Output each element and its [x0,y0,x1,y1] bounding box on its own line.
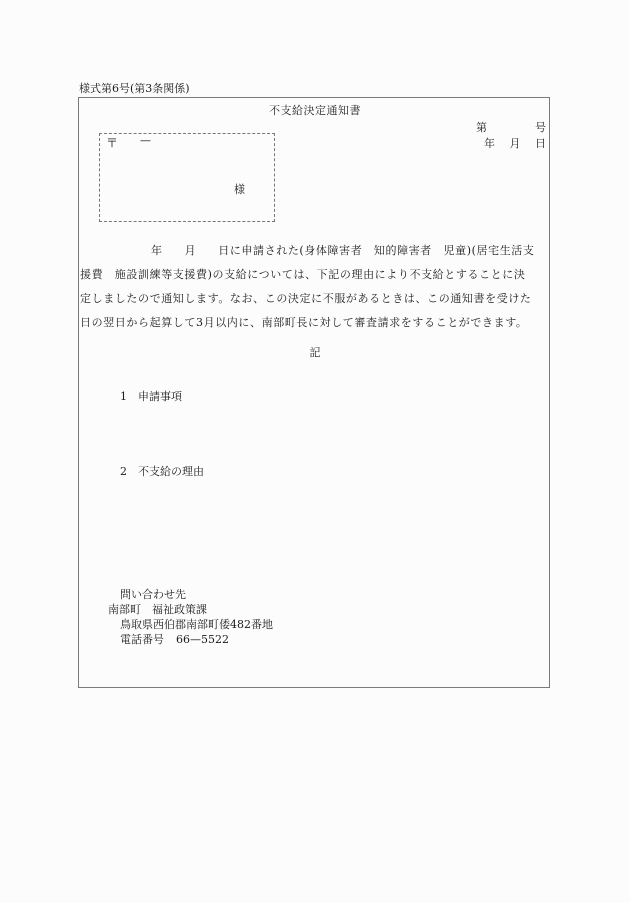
date-day: 日 [535,135,546,151]
date-month: 月 [510,135,521,151]
body-line-1: 年月日に申請された(身体障害者 知的障害者 児童)(居宅生活支 [80,242,535,258]
number-suffix: 号 [535,119,546,135]
recipient-address-box [99,133,275,222]
item-number: 1 [120,390,138,403]
item-number: 2 [120,465,138,478]
postal-mark-icon: 〒 [106,134,118,151]
item-label: 申請事項 [138,390,182,403]
contact-address: 鳥取県西伯郡南部町倭482番地 [120,616,273,632]
body-year: 年 [151,244,163,257]
document-number-line: 第 号 [476,119,546,135]
postal-code-dash: — [140,134,151,147]
ki-heading: 記 [0,344,630,360]
item-application: 1申請事項 [120,388,182,404]
body-line-2: 援費 施設訓練等支援費)の支給については、下記の理由により不支給とすることに決 [80,266,525,282]
recipient-honorific: 様 [234,181,245,197]
phone-number: 66—5522 [176,633,229,646]
body-line-4: 日の翌日から起算して3月以内に、南部町長に対して審査請求をすることができます。 [80,314,528,330]
phone-label: 電話番号 [120,633,164,646]
body-line-1-text: 日に申請された(身体障害者 知的障害者 児童)(居宅生活支 [218,244,534,257]
body-month: 月 [185,244,197,257]
contact-department: 南部町 福祉政策課 [108,601,207,617]
form-number-label: 様式第6号(第3条関係) [79,80,190,96]
document-title: 不支給決定通知書 [0,102,630,118]
contact-phone: 電話番号66—5522 [120,631,229,647]
body-line-3: 定しましたので通知します。なお、この決定に不服があるときは、この通知書を受けた [80,290,532,306]
item-label: 不支給の理由 [138,465,204,478]
contact-title: 問い合わせ先 [120,586,186,602]
item-reason: 2不支給の理由 [120,463,204,479]
number-prefix: 第 [476,119,487,135]
document-date-line: 年 月 日 [484,135,546,151]
date-year: 年 [484,135,495,151]
